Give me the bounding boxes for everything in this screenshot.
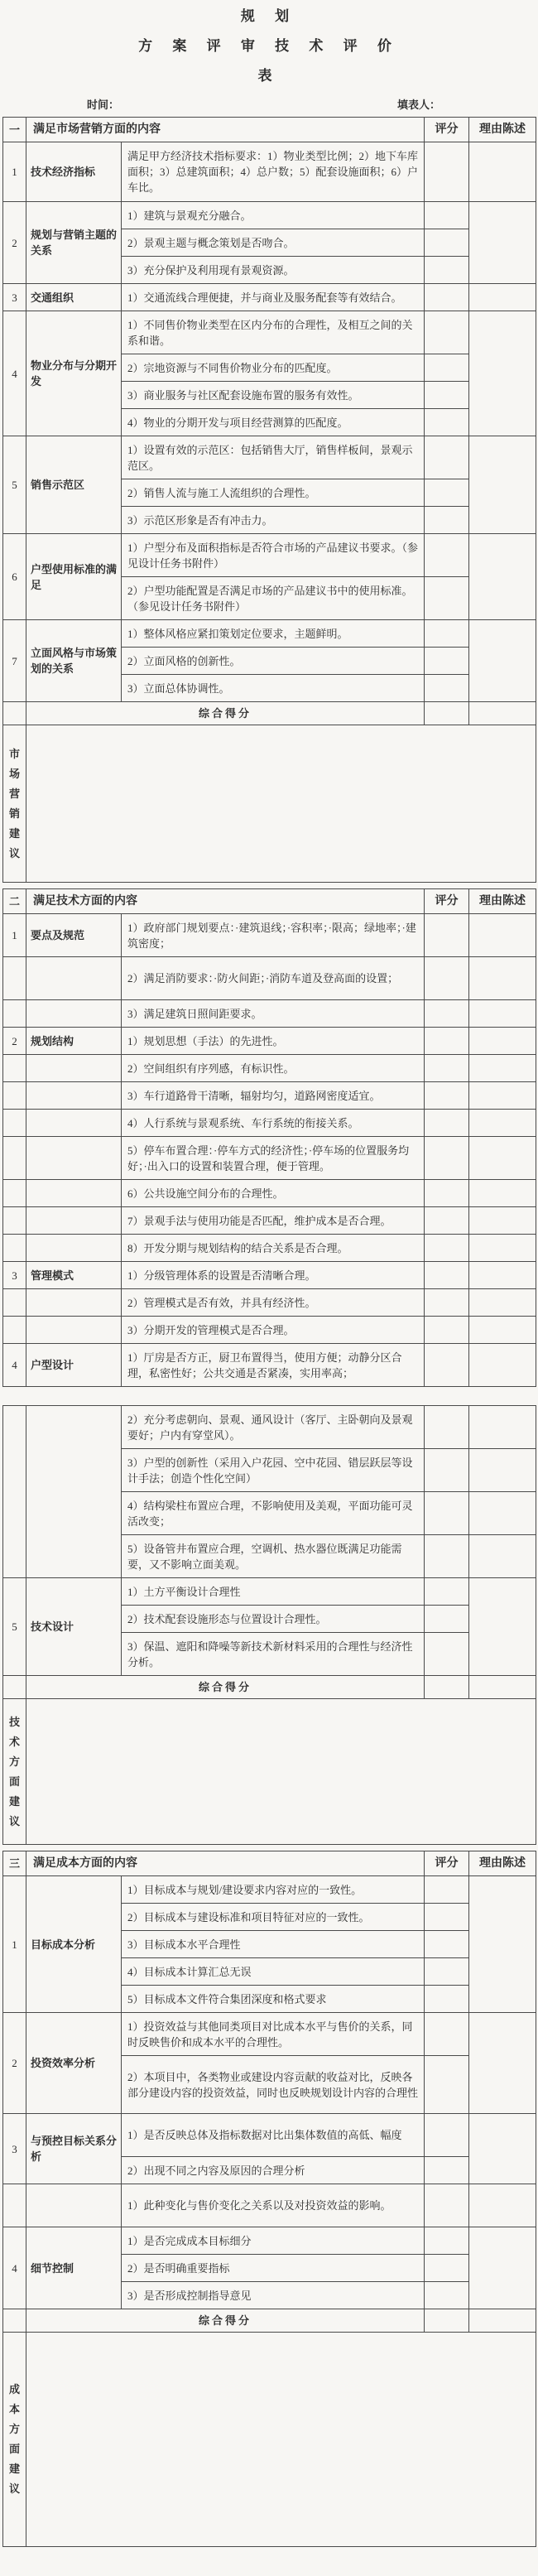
reason-cell — [469, 1028, 536, 1055]
category-cell — [26, 1000, 122, 1028]
category-cell: 与预控目标关系分析 — [26, 2114, 122, 2184]
reason-cell — [469, 1180, 536, 1207]
category-cell: 规划与营销主题的关系 — [26, 202, 122, 284]
reason-cell — [469, 1876, 536, 2013]
score-cell — [425, 1344, 469, 1387]
score-cell — [425, 1289, 469, 1317]
criterion-cell: 1）投资效益与其他同类项目对比成本水平与售价的关系，同时反映售价和成本水平的合理… — [122, 2013, 425, 2056]
score-cell — [425, 142, 469, 202]
technical-section-table-part1: 二 满足技术方面的内容 评分 理由陈述 1 要点及规范 1）政府部门规划要点：·… — [2, 888, 536, 1387]
row-number: 6 — [3, 534, 26, 620]
score-cell — [425, 507, 469, 534]
row-number: 1 — [3, 142, 26, 202]
score-cell — [425, 1535, 469, 1578]
scanned-form-page: 规 划 方 案 评 审 技 术 评 价 表 时间： 填表人： 一 满足市场营销方… — [0, 0, 538, 2576]
criterion-cell: 5）停车布置合理：·停车方式的经济性；·停车场的位置服务均好；·出入口的设置和装… — [122, 1137, 425, 1180]
criterion-cell: 1）厅房是否方正，厨卫布置得当，使用方便；动静分区合理，私密性好；公共交通是否紧… — [122, 1344, 425, 1387]
score-column-header: 评分 — [425, 1851, 469, 1876]
doc-title-line2: 方 案 评 审 技 术 评 价 — [0, 36, 538, 56]
reason-cell — [469, 1055, 536, 1082]
criterion-cell: 2）满足消防要求：·防火间距；·消防车道及登高面的设置； — [122, 957, 425, 1000]
category-cell — [26, 1317, 122, 1344]
reason-cell — [469, 311, 536, 436]
category-cell: 技术经济指标 — [26, 142, 122, 202]
reason-cell — [469, 1406, 536, 1449]
technical-section-table-part2: 2）充分考虑朝向、景观、通风设计（客厅、主卧朝向及景观要好；户内有穿堂风）。 3… — [2, 1405, 536, 1845]
section-number: 一 — [3, 118, 26, 142]
score-cell — [425, 1406, 469, 1449]
reason-column-header: 理由陈述 — [469, 118, 536, 142]
criterion-cell: 3）示范区形象是否有冲击力。 — [122, 507, 425, 534]
criterion-cell: 1）分级管理体系的设置是否清晰合理。 — [122, 1262, 425, 1289]
criterion-cell: 2）立面风格的创新性。 — [122, 648, 425, 675]
criterion-cell: 1）不同售价物业类型在区内分布的合理性，及相互之间的关系和谐。 — [122, 311, 425, 354]
composite-score-label: 综合得分 — [26, 1676, 425, 1699]
score-cell — [425, 1931, 469, 1958]
score-cell — [425, 1578, 469, 1606]
criterion-cell: 2）充分考虑朝向、景观、通风设计（客厅、主卧朝向及景观要好；户内有穿堂风）。 — [122, 1406, 425, 1449]
score-cell — [425, 1876, 469, 1904]
category-cell: 管理模式 — [26, 1262, 122, 1289]
row-number — [3, 1000, 26, 1028]
row-number: 2 — [3, 202, 26, 284]
score-cell — [425, 620, 469, 648]
row-number — [3, 702, 26, 725]
marketing-section-table: 一 满足市场营销方面的内容 评分 理由陈述 1 技术经济指标 满足甲方经济技术指… — [2, 117, 536, 883]
criterion-cell: 2）销售人流与施工人流组织的合理性。 — [122, 479, 425, 507]
category-cell — [26, 1406, 122, 1578]
doc-title-line3: 表 — [0, 66, 538, 86]
score-cell — [425, 202, 469, 229]
category-cell: 投资效率分析 — [26, 2013, 122, 2114]
score-cell — [425, 311, 469, 354]
criterion-cell: 1）是否反映总体及指标数据对比出集体数值的高低、幅度 — [122, 2114, 425, 2157]
category-cell — [26, 1110, 122, 1137]
reason-cell — [469, 1449, 536, 1492]
score-cell — [425, 1110, 469, 1137]
reason-cell — [469, 2184, 536, 2227]
criterion-cell: 1）土方平衡设计合理性 — [122, 1578, 425, 1606]
reason-cell — [469, 1578, 536, 1676]
score-cell — [425, 436, 469, 479]
row-number: 2 — [3, 1028, 26, 1055]
reason-cell — [469, 620, 536, 702]
reason-cell — [469, 202, 536, 284]
score-cell — [425, 1180, 469, 1207]
criterion-cell: 2）本项目中，各类物业或建设内容贡献的收益对比，反映各部分建设内容的投资效益，同… — [122, 2056, 425, 2114]
score-cell — [425, 1262, 469, 1289]
row-number: 5 — [3, 1578, 26, 1676]
category-cell — [26, 1055, 122, 1082]
row-number — [3, 1235, 26, 1262]
score-cell — [425, 1676, 469, 1699]
score-cell — [425, 479, 469, 507]
score-cell — [425, 1000, 469, 1028]
reason-cell — [469, 1344, 536, 1387]
criterion-cell: 2）出现不同之内容及原因的合理分析 — [122, 2157, 425, 2184]
criterion-cell: 2）管理模式是否有效，并具有经济性。 — [122, 1289, 425, 1317]
reason-cell — [469, 142, 536, 202]
criterion-cell: 3）分期开发的管理模式是否合理。 — [122, 1317, 425, 1344]
criterion-cell: 4）物业的分期开发与项目经营测算的匹配度。 — [122, 409, 425, 436]
score-cell — [425, 675, 469, 702]
reason-cell — [469, 436, 536, 534]
reason-column-header: 理由陈述 — [469, 889, 536, 914]
composite-score-label: 综合得分 — [26, 2309, 425, 2333]
score-cell — [425, 2056, 469, 2114]
reason-cell — [469, 2013, 536, 2114]
row-number — [3, 1110, 26, 1137]
criterion-cell: 2）户型功能配置是否满足市场的产品建议书中的使用标准。（参见设计任务书附件） — [122, 577, 425, 620]
reason-cell — [469, 1535, 536, 1578]
row-number — [3, 1317, 26, 1344]
category-cell — [26, 2184, 122, 2227]
score-cell — [425, 1028, 469, 1055]
row-number — [3, 1082, 26, 1110]
reason-cell — [469, 2227, 536, 2309]
reason-cell — [469, 284, 536, 311]
criterion-cell: 3）立面总体协调性。 — [122, 675, 425, 702]
category-cell: 立面风格与市场策划的关系 — [26, 620, 122, 702]
reason-cell — [469, 1082, 536, 1110]
criterion-cell: 5）设备管井布置应合理，空调机、热水器位既满足功能需要，又不影响立面美观。 — [122, 1535, 425, 1578]
row-number — [3, 957, 26, 1000]
row-number: 4 — [3, 311, 26, 436]
score-cell — [425, 1082, 469, 1110]
score-cell — [425, 1055, 469, 1082]
section-number: 三 — [3, 1851, 26, 1876]
form-filler-label: 填表人： — [397, 96, 440, 112]
score-cell — [425, 2114, 469, 2157]
category-cell: 户型设计 — [26, 1344, 122, 1387]
criterion-cell: 3）是否形成控制指导意见 — [122, 2282, 425, 2309]
criterion-cell: 8）开发分期与规划结构的结合关系是否合理。 — [122, 1235, 425, 1262]
criterion-cell: 3）商业服务与社区配套设施布置的服务有效性。 — [122, 382, 425, 409]
criterion-cell: 3）充分保护及利用现有景观资源。 — [122, 257, 425, 284]
criterion-cell: 1）政府部门规划要点：·建筑退线；·容积率；·限高；绿地率；·建筑密度； — [122, 914, 425, 957]
score-cell — [425, 2255, 469, 2282]
criterion-cell: 2）是否明确重要指标 — [122, 2255, 425, 2282]
row-number: 2 — [3, 2013, 26, 2114]
criterion-cell: 2）宗地资源与不同售价物业分布的匹配度。 — [122, 354, 425, 382]
row-number: 3 — [3, 1262, 26, 1289]
score-cell — [425, 2184, 469, 2227]
row-number — [3, 1137, 26, 1180]
score-cell — [425, 1904, 469, 1931]
row-number — [3, 2184, 26, 2227]
score-cell — [425, 1137, 469, 1180]
time-label: 时间： — [87, 96, 119, 112]
marketing-suggestion-label: 市场营销建议 — [3, 725, 26, 883]
criterion-cell: 4）人行系统与景观系统、车行系统的衔接关系。 — [122, 1110, 425, 1137]
section-title: 满足技术方面的内容 — [26, 889, 425, 914]
criterion-cell: 3）保温、遮阳和降噪等新技术新材料采用的合理性与经济性分析。 — [122, 1633, 425, 1676]
row-number: 3 — [3, 284, 26, 311]
score-cell — [425, 1633, 469, 1676]
category-cell — [26, 1082, 122, 1110]
category-cell — [26, 957, 122, 1000]
row-number: 5 — [3, 436, 26, 534]
reason-cell — [469, 957, 536, 1000]
reason-cell — [469, 1289, 536, 1317]
reason-cell — [469, 914, 536, 957]
criterion-cell: 1）目标成本与规划/建设要求内容对应的一致性。 — [122, 1876, 425, 1904]
category-cell: 销售示范区 — [26, 436, 122, 534]
score-cell — [425, 1235, 469, 1262]
category-cell: 规划结构 — [26, 1028, 122, 1055]
score-column-header: 评分 — [425, 889, 469, 914]
composite-score-label: 综合得分 — [26, 702, 425, 725]
score-cell — [425, 1986, 469, 2013]
reason-cell — [469, 1000, 536, 1028]
score-cell — [425, 577, 469, 620]
reason-cell — [469, 1492, 536, 1535]
row-number — [3, 2309, 26, 2333]
category-cell: 细节控制 — [26, 2227, 122, 2309]
row-number — [3, 1406, 26, 1578]
criterion-cell: 2）空间组织有序列感，有标识性。 — [122, 1055, 425, 1082]
row-number: 1 — [3, 1876, 26, 2013]
criterion-cell: 2）景观主题与概念策划是否吻合。 — [122, 229, 425, 257]
criterion-cell: 满足甲方经济技术指标要求：1）物业类型比例；2）地下车库面积；3）总建筑面积；4… — [122, 142, 425, 202]
cost-section-table: 三 满足成本方面的内容 评分 理由陈述 1 目标成本分析 1）目标成本与规划/建… — [2, 1851, 536, 2547]
score-cell — [425, 409, 469, 436]
score-cell — [425, 1449, 469, 1492]
reason-cell — [469, 1262, 536, 1289]
score-cell — [425, 1492, 469, 1535]
criterion-cell: 1）设置有效的示范区：包括销售大厅，销售样板间，景观示范区。 — [122, 436, 425, 479]
category-cell: 交通组织 — [26, 284, 122, 311]
score-cell — [425, 648, 469, 675]
score-cell — [425, 1958, 469, 1986]
criterion-cell: 1）整体风格应紧扣策划定位要求，主题鲜明。 — [122, 620, 425, 648]
score-cell — [425, 534, 469, 577]
category-cell — [26, 1137, 122, 1180]
criterion-cell: 1）规划思想（手法）的先进性。 — [122, 1028, 425, 1055]
section-title: 满足成本方面的内容 — [26, 1851, 425, 1876]
category-cell: 户型使用标准的满足 — [26, 534, 122, 620]
form-meta-row: 时间： 填表人： — [0, 96, 538, 112]
score-cell — [425, 382, 469, 409]
criterion-cell: 3）满足建筑日照间距要求。 — [122, 1000, 425, 1028]
row-number — [3, 1289, 26, 1317]
row-number: 4 — [3, 2227, 26, 2309]
category-cell: 要点及规范 — [26, 914, 122, 957]
row-number: 3 — [3, 2114, 26, 2184]
score-cell — [425, 257, 469, 284]
criterion-cell: 1）建筑与景观充分融合。 — [122, 202, 425, 229]
row-number: 4 — [3, 1344, 26, 1387]
reason-cell — [469, 1235, 536, 1262]
reason-cell — [469, 702, 536, 725]
category-cell — [26, 1180, 122, 1207]
score-cell — [425, 914, 469, 957]
reason-cell — [469, 1110, 536, 1137]
score-cell — [425, 229, 469, 257]
row-number — [3, 1055, 26, 1082]
technical-suggestion-label: 技术方面建议 — [3, 1699, 26, 1845]
score-cell — [425, 702, 469, 725]
score-cell — [425, 1317, 469, 1344]
criterion-cell: 1）交通流线合理便捷，并与商业及服务配套等有效结合。 — [122, 284, 425, 311]
category-cell — [26, 1207, 122, 1235]
doc-title-line1: 规 划 — [0, 0, 538, 26]
criterion-cell: 1）此种变化与售价变化之关系以及对投资效益的影响。 — [122, 2184, 425, 2227]
score-cell — [425, 2309, 469, 2333]
criterion-cell: 6）公共设施空间分布的合理性。 — [122, 1180, 425, 1207]
row-number: 1 — [3, 914, 26, 957]
category-cell — [26, 1235, 122, 1262]
row-number — [3, 1207, 26, 1235]
row-number — [3, 1180, 26, 1207]
cost-suggestion-area — [26, 2333, 536, 2547]
row-number — [3, 1676, 26, 1699]
score-cell — [425, 2157, 469, 2184]
section-title: 满足市场营销方面的内容 — [26, 118, 425, 142]
score-cell — [425, 1606, 469, 1633]
score-cell — [425, 354, 469, 382]
category-cell: 物业分布与分期开发 — [26, 311, 122, 436]
reason-cell — [469, 1137, 536, 1180]
criterion-cell: 7）景观手法与使用功能是否匹配，维护成本是否合理。 — [122, 1207, 425, 1235]
score-cell — [425, 1207, 469, 1235]
reason-cell — [469, 534, 536, 620]
section-number: 二 — [3, 889, 26, 914]
score-cell — [425, 284, 469, 311]
score-column-header: 评分 — [425, 118, 469, 142]
reason-cell — [469, 2309, 536, 2333]
technical-suggestion-area — [26, 1699, 536, 1845]
criterion-cell: 3）户型的创新性（采用入户花园、空中花园、错层跃层等设计手法；创造个性化空间） — [122, 1449, 425, 1492]
cost-suggestion-label: 成本方面建议 — [3, 2333, 26, 2547]
score-cell — [425, 2227, 469, 2255]
reason-cell — [469, 1207, 536, 1235]
category-cell: 目标成本分析 — [26, 1876, 122, 2013]
criterion-cell: 5）目标成本文件符合集团深度和格式要求 — [122, 1986, 425, 2013]
criterion-cell: 1）户型分布及面积指标是否符合市场的产品建议书要求。（参见设计任务书附件） — [122, 534, 425, 577]
criterion-cell: 3）车行道路骨干清晰，辐射均匀，道路网密度适宜。 — [122, 1082, 425, 1110]
reason-cell — [469, 1676, 536, 1699]
score-cell — [425, 2282, 469, 2309]
score-cell — [425, 2013, 469, 2056]
criterion-cell: 1）是否完成成本目标细分 — [122, 2227, 425, 2255]
criterion-cell: 4）结构梁柱布置应合理，不影响使用及美观，平面功能可灵活改变； — [122, 1492, 425, 1535]
reason-cell — [469, 2114, 536, 2184]
reason-cell — [469, 1317, 536, 1344]
reason-column-header: 理由陈述 — [469, 1851, 536, 1876]
row-number: 7 — [3, 620, 26, 702]
criterion-cell: 4）目标成本计算汇总无误 — [122, 1958, 425, 1986]
marketing-suggestion-area — [26, 725, 536, 883]
criterion-cell: 2）技术配套设施形态与位置设计合理性。 — [122, 1606, 425, 1633]
criterion-cell: 3）目标成本水平合理性 — [122, 1931, 425, 1958]
category-cell — [26, 1289, 122, 1317]
score-cell — [425, 957, 469, 1000]
criterion-cell: 2）目标成本与建设标准和项目特征对应的一致性。 — [122, 1904, 425, 1931]
category-cell: 技术设计 — [26, 1578, 122, 1676]
